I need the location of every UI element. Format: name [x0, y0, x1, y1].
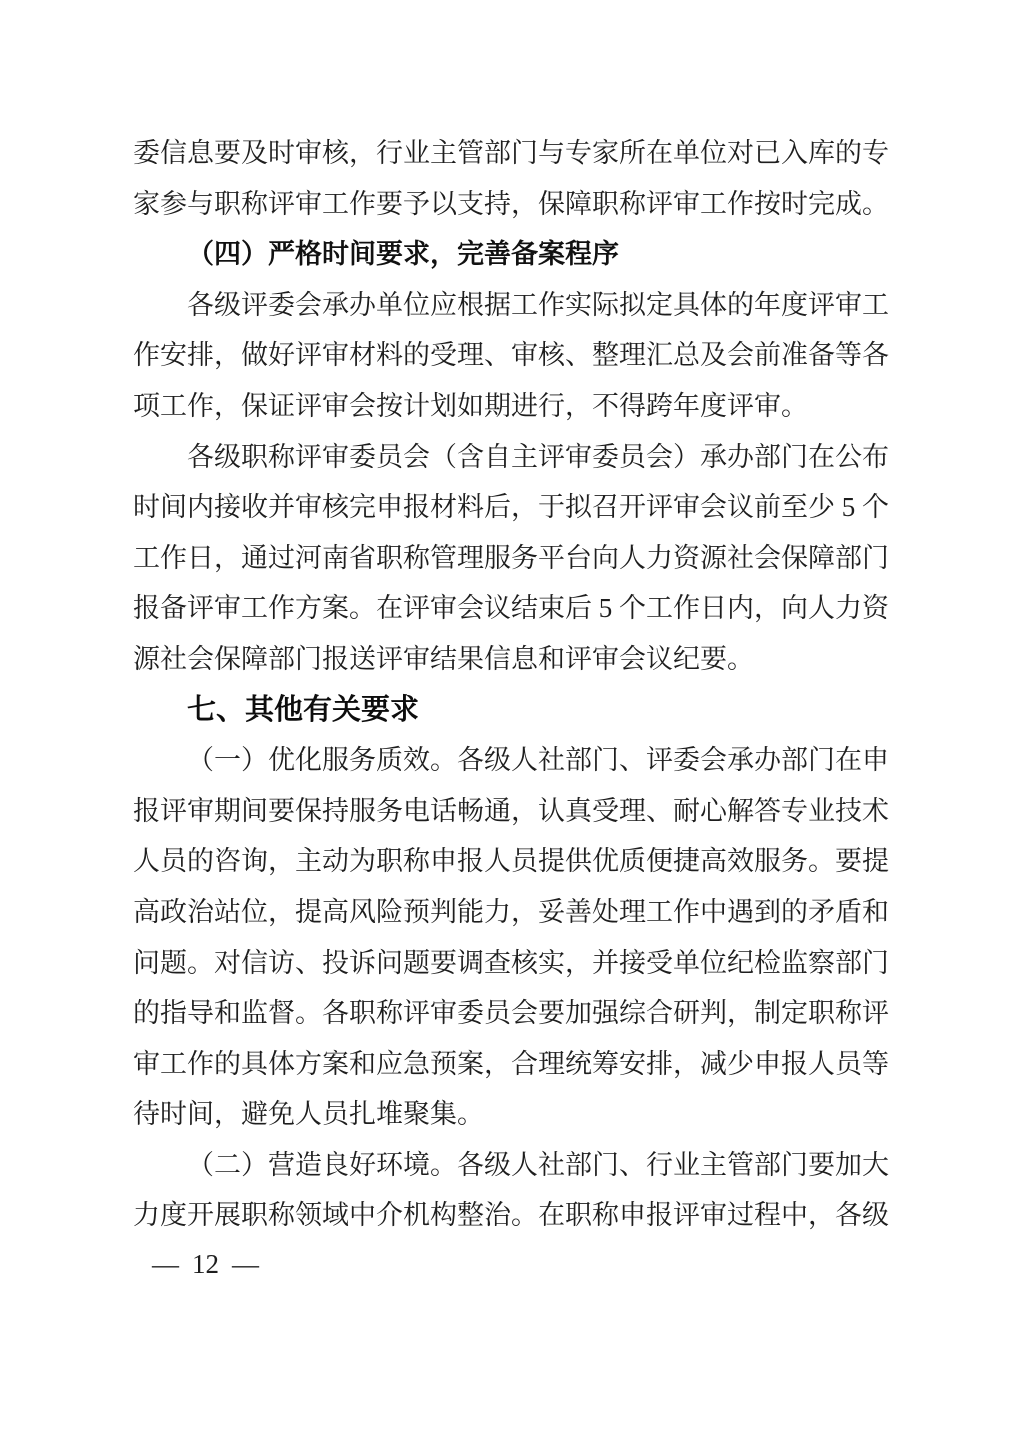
text-line: 工作日，通过河南省职称管理服务平台向人力资源社会保障部门 [133, 533, 889, 584]
section-heading: 七、其他有关要求 [133, 685, 889, 736]
text-line: 问题。对信访、投诉问题要调查核实，并接受单位纪检监察部门 [133, 938, 889, 989]
text-line: 家参与职称评审工作要予以支持，保障职称评审工作按时完成。 [133, 179, 889, 230]
paragraph: 各级职称评审委员会（含自主评审委员会）承办部门在公布时间内接收并审核完申报材料后… [133, 432, 889, 685]
text-line: 作安排，做好评审材料的受理、审核、整理汇总及会前准备等各 [133, 330, 889, 381]
text-line: 源社会保障部门报送评审结果信息和评审会议纪要。 [133, 634, 889, 685]
text-line: 时间内接收并审核完申报材料后，于拟召开评审会议前至少 5 个 [133, 482, 889, 533]
document-page: 委信息要及时审核，行业主管部门与专家所在单位对已入库的专家参与职称评审工作要予以… [0, 0, 1024, 1448]
text-line: 项工作，保证评审会按计划如期进行，不得跨年度评审。 [133, 381, 889, 432]
paragraph: （一）优化服务质效。各级人社部门、评委会承办部门在申报评审期间要保持服务电话畅通… [133, 735, 889, 1140]
text-line: 待时间，避免人员扎堆聚集。 [133, 1089, 889, 1140]
page-number: 12 [192, 1249, 219, 1279]
text-line: 报评审期间要保持服务电话畅通，认真受理、耐心解答专业技术 [133, 786, 889, 837]
text-line: 各级评委会承办单位应根据工作实际拟定具体的年度评审工 [133, 280, 889, 331]
text-line: 各级职称评审委员会（含自主评审委员会）承办部门在公布 [133, 432, 889, 483]
footer-dash-left: — [152, 1249, 179, 1279]
text-line: 的指导和监督。各职称评审委员会要加强综合研判，制定职称评 [133, 988, 889, 1039]
page-footer: —12— [152, 1247, 259, 1281]
text-line: 报备评审工作方案。在评审会议结束后 5 个工作日内，向人力资 [133, 583, 889, 634]
paragraph: 各级评委会承办单位应根据工作实际拟定具体的年度评审工作安排，做好评审材料的受理、… [133, 280, 889, 432]
paragraph: （二）营造良好环境。各级人社部门、行业主管部门要加大力度开展职称领域中介机构整治… [133, 1140, 889, 1241]
text-line: 审工作的具体方案和应急预案，合理统筹安排，减少申报人员等 [133, 1039, 889, 1090]
text-line: 高政治站位，提高风险预判能力，妥善处理工作中遇到的矛盾和 [133, 887, 889, 938]
paragraph: 委信息要及时审核，行业主管部门与专家所在单位对已入库的专家参与职称评审工作要予以… [133, 128, 889, 229]
footer-dash-right: — [232, 1249, 259, 1279]
document-body: 委信息要及时审核，行业主管部门与专家所在单位对已入库的专家参与职称评审工作要予以… [133, 128, 889, 1241]
text-line: 委信息要及时审核，行业主管部门与专家所在单位对已入库的专 [133, 128, 889, 179]
text-line: 人员的咨询，主动为职称申报人员提供优质便捷高效服务。要提 [133, 836, 889, 887]
section-heading: （四）严格时间要求，完善备案程序 [133, 229, 889, 280]
text-line: （一）优化服务质效。各级人社部门、评委会承办部门在申 [133, 735, 889, 786]
text-line: 力度开展职称领域中介机构整治。在职称申报评审过程中，各级 [133, 1190, 889, 1241]
heading-line: （四）严格时间要求，完善备案程序 [133, 229, 889, 280]
heading-line: 七、其他有关要求 [133, 685, 889, 736]
text-line: （二）营造良好环境。各级人社部门、行业主管部门要加大 [133, 1140, 889, 1191]
